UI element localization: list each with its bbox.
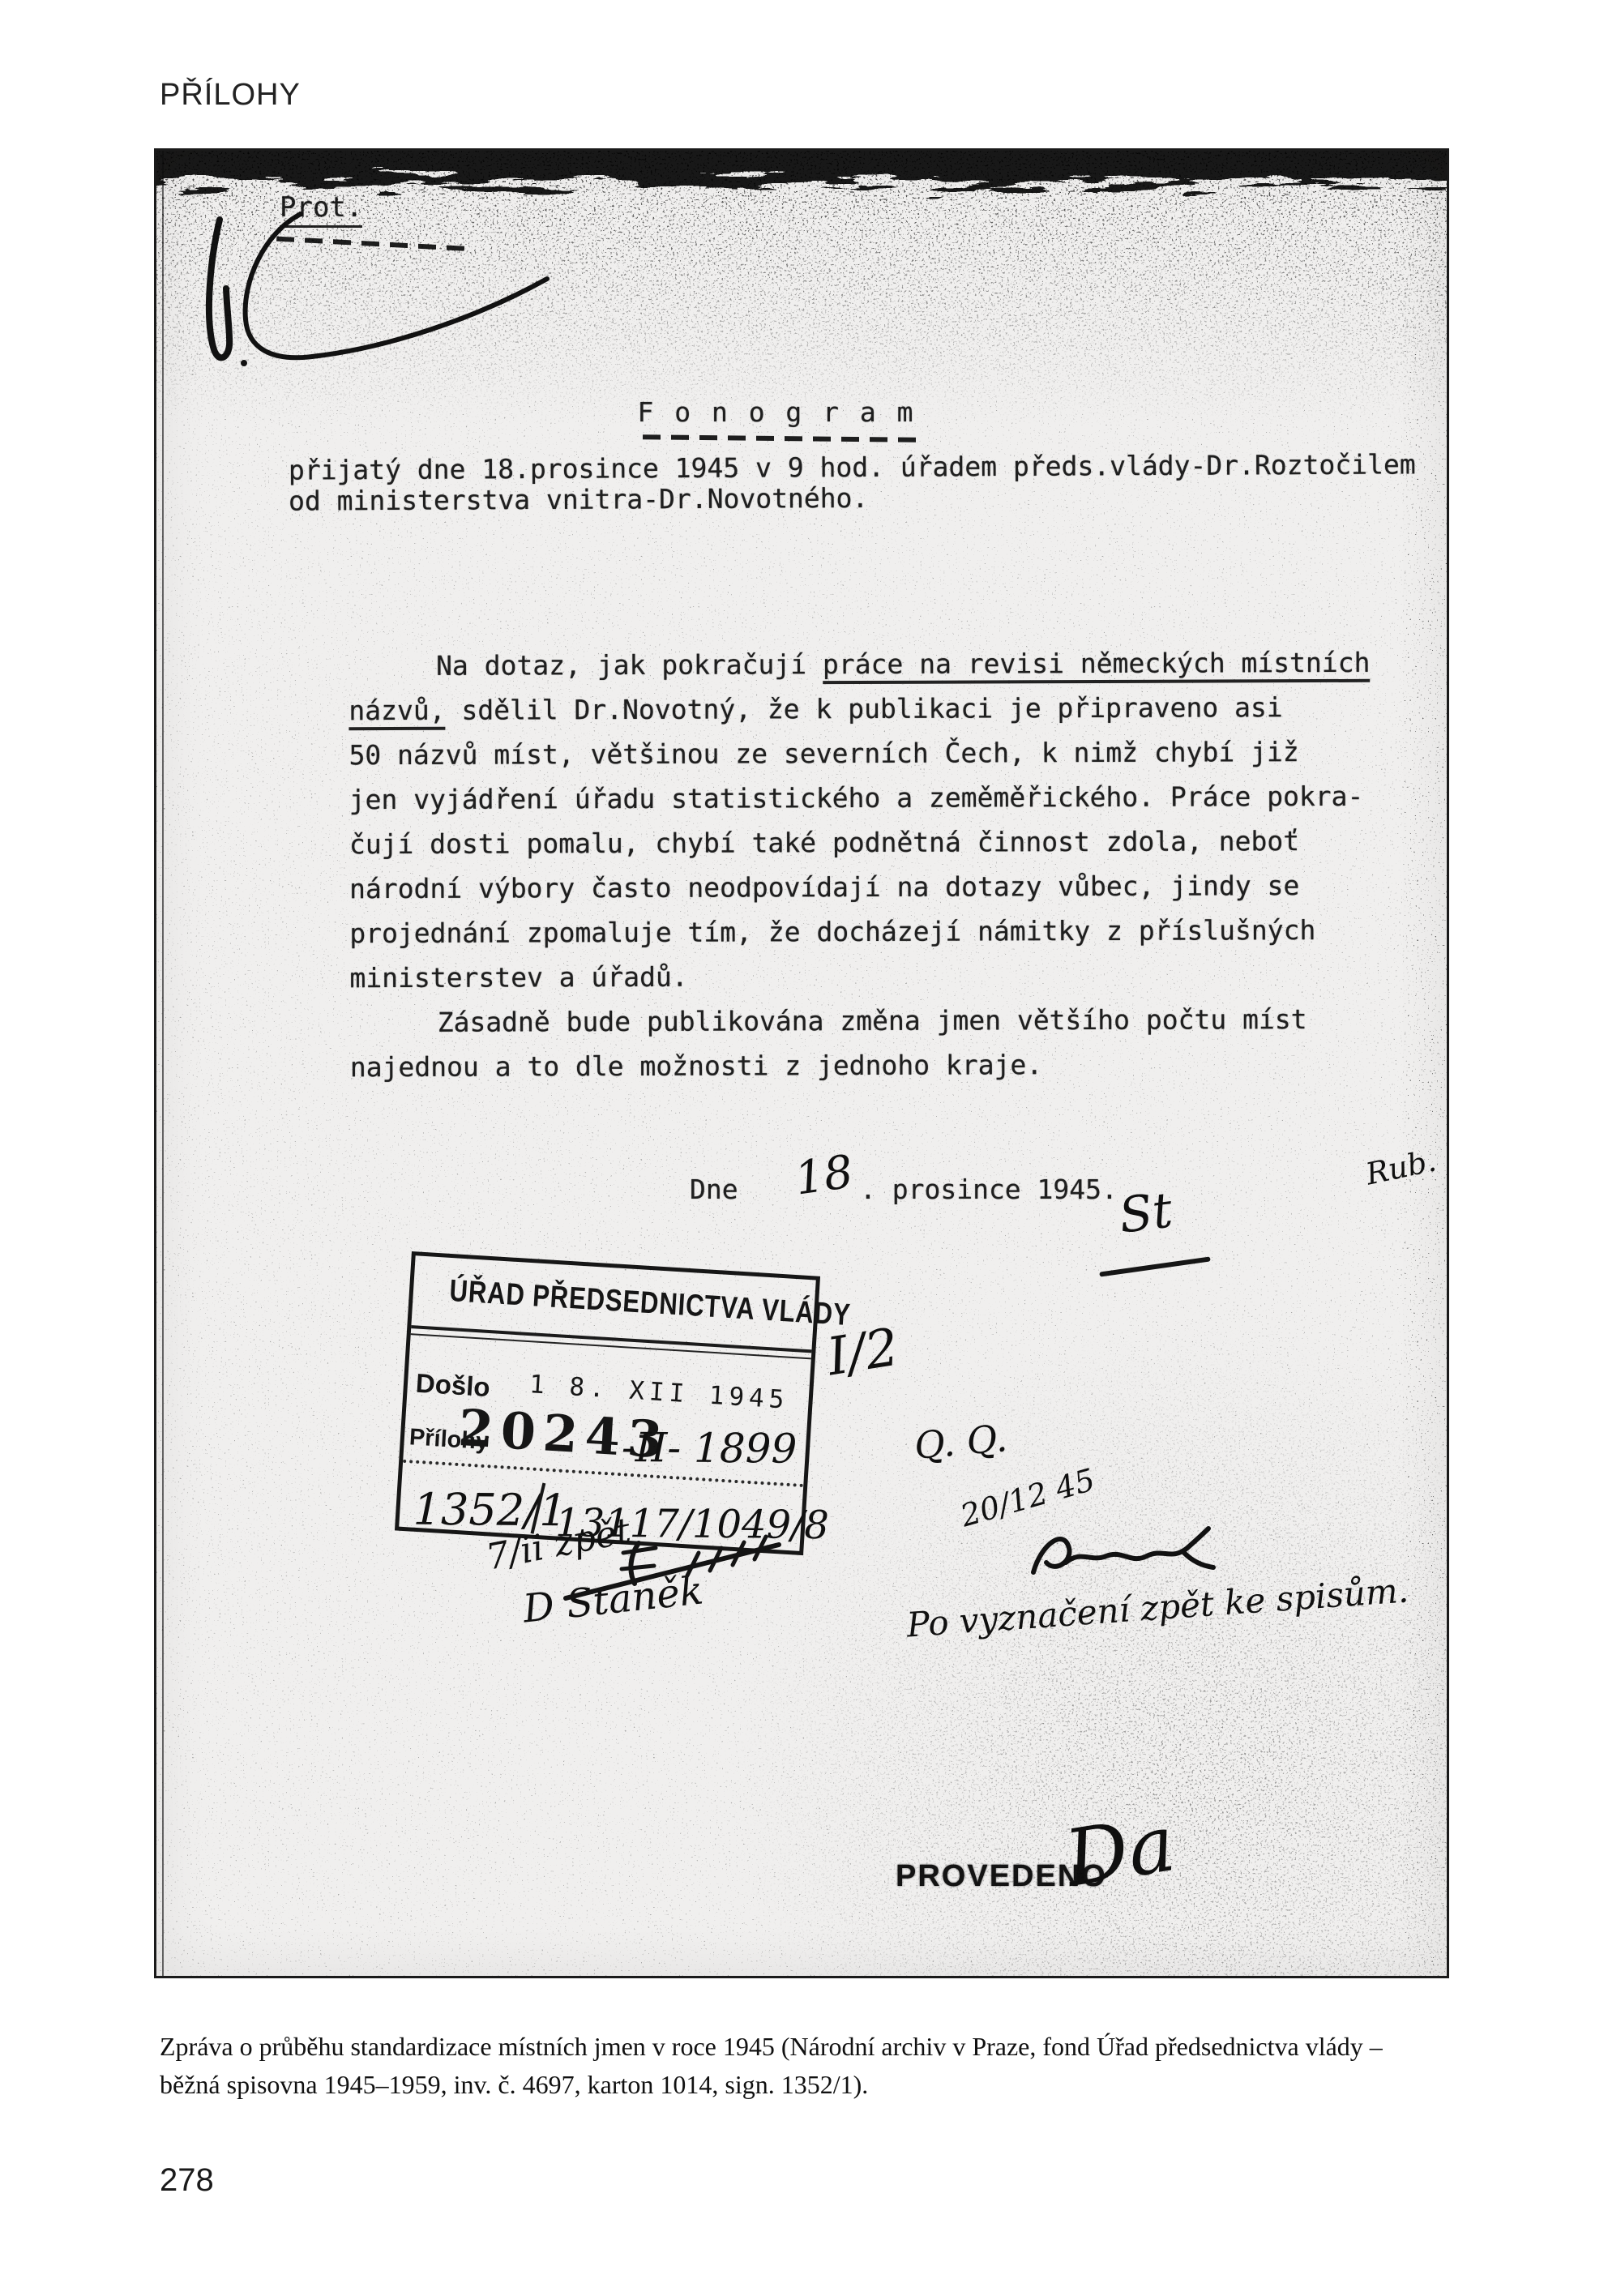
body-line1-text: Na dotaz, jak pokračují [436, 648, 823, 682]
book-page: PŘÍLOHY Prot. F o n o g r a m přijatý dn… [0, 0, 1608, 2296]
figure-caption: Zpráva o průběhu standardizace místních … [160, 2028, 1424, 2104]
scan-left-edge-line [162, 151, 164, 1978]
stamp-doslo-label: Došlo [415, 1368, 491, 1404]
handwritten-day: 18 [792, 1145, 857, 1205]
intro-block: přijatý dne 18.prosince 1945 v 9 hod. úř… [289, 449, 1416, 516]
document-scan: Prot. F o n o g r a m přijatý dne 18.pro… [154, 148, 1449, 1978]
body-paragraph: Na dotaz, jak pokračují práce na revisi … [349, 640, 1371, 1089]
stamp-middle-row: Došlo 1 8. XII 1945 Přílohy 20243 -II- 1… [403, 1330, 811, 1487]
handwritten-date-note: 20/12 45 [956, 1461, 1098, 1533]
handwritten-initials: Q. Q. [913, 1416, 1009, 1468]
stamp-file-number-suffix: -II- 1899 [622, 1424, 798, 1473]
handwritten-return-note: Po vyznačení zpět ke spisům. [905, 1570, 1409, 1644]
prot-label: Prot. [280, 191, 362, 228]
body-line: jen vyjádření úřadu statistického a země… [349, 774, 1371, 822]
handwritten-rub-note: Rub. [1362, 1143, 1439, 1191]
body-line1-underlined: práce na revisi německých místních [823, 647, 1371, 684]
prot-dashed-underline [276, 237, 475, 252]
body-line: národní výbory často neodpovídají na dot… [349, 863, 1371, 911]
handwritten-st-note: St [1116, 1182, 1175, 1244]
body-line: čují dosti pomalu, chybí také podnětná č… [349, 819, 1371, 866]
body-line: projednání zpomaluje tím, že docházejí n… [349, 908, 1371, 956]
body-line: Na dotaz, jak pokračují práce na revisi … [349, 640, 1371, 688]
stamp-office-name: ÚŘAD PŘEDSEDNICTVA VLÁDY [448, 1274, 779, 1329]
intro-line-2: od ministerstva vnitra-Dr.Novotného. [289, 480, 1416, 516]
body-line2-text: sdělil Dr.Novotný, že k publikaci je při… [445, 691, 1282, 726]
body-line: názvů, sdělil Dr.Novotný, že k publikaci… [349, 685, 1371, 733]
page-header: PŘÍLOHY [160, 78, 301, 113]
date-line-suffix: . prosince 1945. [860, 1174, 1118, 1205]
signature-left: D Staněk [521, 1568, 706, 1632]
body-line: Zásadně bude publikována změna jmen větš… [350, 997, 1372, 1045]
body-line: ministerstev a úřadů. [349, 952, 1371, 1000]
body-line: najednou a to dle možnosti z jednoho kra… [350, 1041, 1372, 1089]
registry-stamp: ÚŘAD PŘEDSEDNICTVA VLÁDY Došlo 1 8. XII … [395, 1251, 820, 1555]
pen-flourish [173, 175, 594, 418]
page-number: 278 [160, 2162, 214, 2199]
title-dashed-underline [643, 434, 917, 443]
provedeno-initials: Da [1059, 1798, 1181, 1905]
document-title: F o n o g r a m [614, 396, 939, 428]
st-underline-stroke [1099, 1256, 1210, 1276]
body-line2-underlined: názvů, [349, 695, 445, 730]
date-line-prefix: Dne [690, 1174, 738, 1205]
body-line: 50 názvů míst, většinou ze severních Čec… [349, 729, 1371, 777]
intro-line-1: přijatý dne 18.prosince 1945 v 9 hod. úř… [289, 449, 1416, 485]
